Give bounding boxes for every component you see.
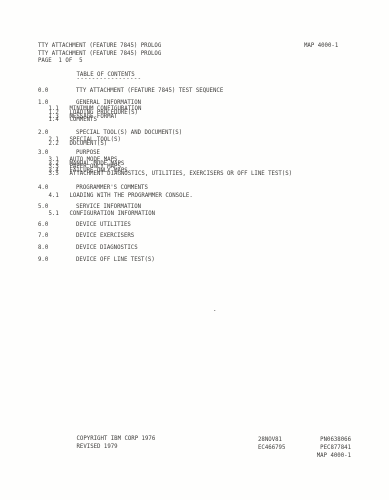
toc-entry-label: SERVICE INFORMATION xyxy=(76,204,141,210)
toc-entry: 1.4COMMENTS xyxy=(49,117,97,123)
toc-entry-number: 5.1 xyxy=(49,211,70,217)
toc-entry-number: 7.0 xyxy=(38,233,76,239)
toc-entry-number: 4.1 xyxy=(49,193,70,199)
scanned-document-page: TTY ATTACHMENT (FEATURE 7845) PROLOG TTY… xyxy=(0,0,389,500)
toc-entry-number: 4.0 xyxy=(38,185,76,191)
toc-entry-label: ATTACHMENT DIAGNOSTICS, UTILITIES, EXERC… xyxy=(70,171,293,177)
toc-entry: 0.0TTY ATTACHMENT (FEATURE 7845) TEST SE… xyxy=(38,88,223,94)
toc-entry: 2.0SPECIAL TOOL(S) AND DOCUMENT(S) xyxy=(38,130,182,136)
doc-title-line1: TTY ATTACHMENT (FEATURE 7845) PROLOG xyxy=(38,43,161,49)
toc-entry-number: 8.0 xyxy=(38,245,76,251)
footer-reference-block: 28NOV81 PN0638066 EC466795 PEC877841 MAP… xyxy=(258,436,351,460)
toc-entry-label: DEVICE OFF LINE TEST(S) xyxy=(76,257,155,263)
toc-entry-label: DOCUMENT(S) xyxy=(70,141,108,147)
toc-entry: 5.0SERVICE INFORMATION xyxy=(38,204,141,210)
toc-entry: 9.0DEVICE OFF LINE TEST(S) xyxy=(38,257,155,263)
toc-entry-label: PROGRAMMER'S COMMENTS xyxy=(76,185,148,191)
page-number-label: PAGE 1 OF 5 xyxy=(38,58,83,64)
toc-entry-label: DEVICE UTILITIES xyxy=(76,222,131,228)
toc-entry-label: DEVICE EXERCISERS xyxy=(76,233,134,239)
toc-entry: 5.1CONFIGURATION INFORMATION xyxy=(49,211,156,217)
toc-entry: 3.0PURPOSE xyxy=(38,150,100,156)
toc-heading-underline: ----------------- xyxy=(77,76,142,82)
toc-entry-number: 6.0 xyxy=(38,222,76,228)
toc-entry: 1.0GENERAL INFORMATION xyxy=(38,100,141,106)
toc-entry: 3.5ATTACHMENT DIAGNOSTICS, UTILITIES, EX… xyxy=(49,171,293,177)
toc-entry-number: 9.0 xyxy=(38,257,76,263)
toc-entry: 6.0DEVICE UTILITIES xyxy=(38,222,131,228)
footer-ec-number: EC466795 xyxy=(258,444,285,452)
toc-entry-label: DEVICE DIAGNOSTICS xyxy=(76,245,138,251)
toc-entry: 7.0DEVICE EXERCISERS xyxy=(38,233,134,239)
toc-entry: 2.2DOCUMENT(S) xyxy=(49,141,108,147)
toc-entry-label: PURPOSE xyxy=(76,150,100,156)
scan-artifact-dot: . xyxy=(213,307,217,313)
toc-entry: 4.0PROGRAMMER'S COMMENTS xyxy=(38,185,148,191)
toc-entry-number: 3.0 xyxy=(38,150,76,156)
revised-line: REVISED 1979 xyxy=(77,444,118,450)
doc-title-line2: TTY ATTACHMENT (FEATURE 7845) PROLOG xyxy=(38,51,161,57)
footer-date: 28NOV81 xyxy=(258,436,282,444)
toc-entry-label: SPECIAL TOOL(S) AND DOCUMENT(S) xyxy=(76,130,182,136)
toc-entry-number: 1.0 xyxy=(38,100,76,106)
toc-entry-number: 1.4 xyxy=(49,117,70,123)
toc-entry-label: COMMENTS xyxy=(70,117,97,123)
copyright-line: COPYRIGHT IBM CORP 1976 xyxy=(77,436,156,442)
toc-entry-label: GENERAL INFORMATION xyxy=(76,100,141,106)
toc-entry: 8.0DEVICE DIAGNOSTICS xyxy=(38,245,138,251)
map-reference-footer: MAP 4000-1 xyxy=(317,452,351,460)
toc-entry-number: 2.0 xyxy=(38,130,76,136)
toc-entry-number: 0.0 xyxy=(38,88,76,94)
toc-entry-label: CONFIGURATION INFORMATION xyxy=(70,211,156,217)
map-reference-header: MAP 4000-1 xyxy=(304,43,338,49)
toc-entry-number: 2.2 xyxy=(49,141,70,147)
footer-date-part-row: 28NOV81 PN0638066 xyxy=(258,436,351,444)
toc-entry-label: TTY ATTACHMENT (FEATURE 7845) TEST SEQUE… xyxy=(76,88,223,94)
footer-part-number: PN0638066 xyxy=(320,436,351,444)
toc-entry-number: 5.0 xyxy=(38,204,76,210)
footer-ec-row: EC466795 PEC877841 xyxy=(258,444,351,452)
toc-entry: 4.1LOADING WITH THE PROGRAMMER CONSOLE. xyxy=(49,193,193,199)
toc-entry-number: 3.5 xyxy=(49,171,70,177)
toc-entry-label: LOADING WITH THE PROGRAMMER CONSOLE. xyxy=(70,193,193,199)
footer-map-row: MAP 4000-1 xyxy=(258,452,351,460)
footer-pec-number: PEC877841 xyxy=(320,444,351,452)
